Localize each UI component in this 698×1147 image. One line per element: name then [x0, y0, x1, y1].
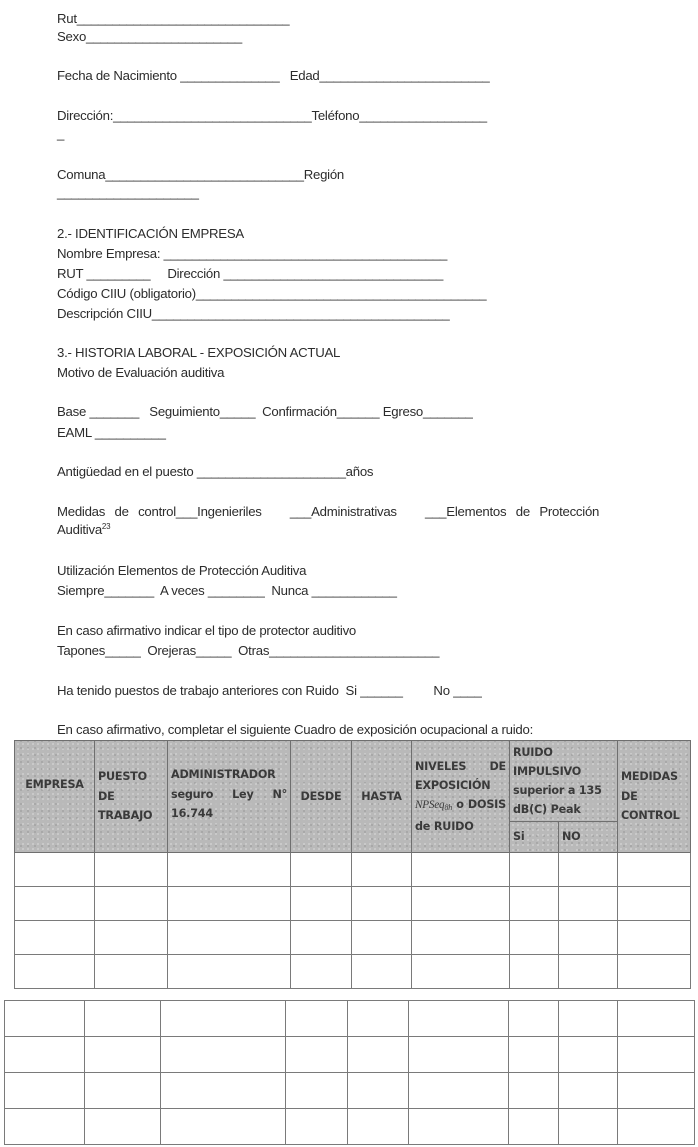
cell-no[interactable] [559, 921, 618, 955]
cell-puesto[interactable] [85, 1073, 161, 1109]
cell-no[interactable] [559, 887, 618, 921]
table-row [5, 1073, 695, 1109]
cell-administrador[interactable] [168, 921, 291, 955]
exposure-table-continuation [4, 1000, 695, 1145]
header-medidas-control: MEDIDAS DE CONTROL [618, 741, 691, 853]
cell-medidas[interactable] [618, 1001, 695, 1037]
header-si: Si [510, 822, 559, 853]
cell-puesto[interactable] [85, 1001, 161, 1037]
cell-puesto[interactable] [85, 1037, 161, 1073]
tipo-protector-field[interactable]: Tapones_____ Orejeras_____ Otras________… [57, 643, 439, 659]
cell-administrador[interactable] [161, 1001, 286, 1037]
cell-niveles[interactable] [409, 1001, 509, 1037]
header-ruido-impulsivo: RUIDO IMPULSIVO superior a 135 dB(C) Pea… [510, 741, 618, 822]
cell-medidas[interactable] [618, 853, 691, 887]
cell-desde[interactable] [286, 1001, 348, 1037]
nombre-empresa-field[interactable]: Nombre Empresa: ________________________… [57, 246, 447, 262]
cell-empresa[interactable] [15, 955, 95, 989]
cell-puesto[interactable] [95, 887, 168, 921]
section3-title: 3.- HISTORIA LABORAL - EXPOSICIÓN ACTUAL [57, 345, 340, 361]
cell-medidas[interactable] [618, 1109, 695, 1145]
cell-puesto[interactable] [95, 853, 168, 887]
cell-niveles[interactable] [412, 887, 510, 921]
cell-empresa[interactable] [5, 1073, 85, 1109]
cell-niveles[interactable] [412, 853, 510, 887]
antiguedad-field[interactable]: Antigüedad en el puesto ________________… [57, 464, 373, 480]
cell-no[interactable] [559, 955, 618, 989]
header-no: NO [559, 822, 618, 853]
cell-administrador[interactable] [161, 1073, 286, 1109]
cell-no[interactable] [559, 1073, 618, 1109]
cell-niveles[interactable] [409, 1073, 509, 1109]
table-row [5, 1037, 695, 1073]
cell-hasta[interactable] [352, 887, 412, 921]
medidas-control-field[interactable]: Medidas de control___Ingenieriles ___Adm… [57, 504, 599, 520]
cell-desde[interactable] [286, 1037, 348, 1073]
cell-si[interactable] [510, 853, 559, 887]
cell-administrador[interactable] [168, 955, 291, 989]
cell-hasta[interactable] [348, 1109, 409, 1145]
direccion-continuation: _ [57, 126, 64, 142]
motivo-label: Motivo de Evaluación auditiva [57, 365, 224, 381]
utilizacion-options-field[interactable]: Siempre_______ A veces ________ Nunca __… [57, 583, 397, 599]
cell-administrador[interactable] [161, 1037, 286, 1073]
region-continuation[interactable]: ____________________ [57, 185, 199, 201]
cell-desde[interactable] [286, 1109, 348, 1145]
header-empresa: EMPRESA [15, 741, 95, 853]
cell-medidas[interactable] [618, 1073, 695, 1109]
cell-si[interactable] [510, 887, 559, 921]
utilizacion-label: Utilización Elementos de Protección Audi… [57, 563, 306, 579]
cell-si[interactable] [509, 1073, 559, 1109]
tipo-protector-label: En caso afirmativo indicar el tipo de pr… [57, 623, 356, 639]
footnote-marker: 23 [102, 522, 110, 531]
descripcion-ciiu-field[interactable]: Descripción CIIU________________________… [57, 306, 449, 322]
header-puesto: PUESTO DE TRABAJO [95, 741, 168, 853]
cell-hasta[interactable] [352, 955, 412, 989]
fecha-edad-field[interactable]: Fecha de Nacimiento ______________ Edad_… [57, 68, 490, 84]
cell-niveles[interactable] [409, 1037, 509, 1073]
medidas-continuation: Auditiva23 [57, 522, 110, 538]
npseq-formula: NPSeq8h [415, 799, 452, 811]
cell-puesto[interactable] [95, 955, 168, 989]
cell-hasta[interactable] [348, 1073, 409, 1109]
direccion-telefono-field[interactable]: Dirección:____________________________Te… [57, 108, 487, 124]
cell-empresa[interactable] [5, 1001, 85, 1037]
table-row [5, 1001, 695, 1037]
section2-title: 2.- IDENTIFICACIÓN EMPRESA [57, 226, 244, 242]
cell-desde[interactable] [291, 921, 352, 955]
cell-no[interactable] [559, 1109, 618, 1145]
table-row [15, 887, 691, 921]
header-niveles-exposicion: NIVELES DE EXPOSICIÓN NPSeq8h o DOSIS de… [412, 741, 510, 853]
sexo-field[interactable]: Sexo______________________ [57, 29, 242, 45]
puestos-anteriores-field[interactable]: Ha tenido puestos de trabajo anteriores … [57, 683, 482, 699]
cell-medidas[interactable] [618, 1037, 695, 1073]
cell-no[interactable] [559, 853, 618, 887]
cell-puesto[interactable] [95, 921, 168, 955]
table-row [15, 921, 691, 955]
cell-desde[interactable] [291, 853, 352, 887]
cell-si[interactable] [509, 1037, 559, 1073]
cell-empresa[interactable] [5, 1109, 85, 1145]
cell-hasta[interactable] [352, 921, 412, 955]
codigo-ciiu-field[interactable]: Código CIIU (obligatorio)_______________… [57, 286, 486, 302]
table-row [15, 853, 691, 887]
cell-empresa[interactable] [15, 887, 95, 921]
cell-administrador[interactable] [168, 887, 291, 921]
rut-field[interactable]: Rut______________________________ [57, 11, 289, 27]
cell-medidas[interactable] [618, 955, 691, 989]
cell-hasta[interactable] [348, 1001, 409, 1037]
niveles-text: NIVELES DE EXPOSICIÓN [415, 760, 506, 792]
header-administrador: ADMINISTRADOR seguro Ley N° 16.744 [168, 741, 291, 853]
cell-puesto[interactable] [85, 1109, 161, 1145]
cell-si[interactable] [510, 955, 559, 989]
cell-administrador[interactable] [161, 1109, 286, 1145]
table-row [5, 1109, 695, 1145]
cell-niveles[interactable] [409, 1109, 509, 1145]
cell-no[interactable] [559, 1037, 618, 1073]
cell-medidas[interactable] [618, 921, 691, 955]
cell-hasta[interactable] [348, 1037, 409, 1073]
cell-desde[interactable] [291, 887, 352, 921]
cell-si[interactable] [509, 1109, 559, 1145]
auditiva-text: Auditiva [57, 522, 102, 537]
cuadro-label: En caso afirmativo, completar el siguien… [57, 722, 533, 738]
cell-empresa[interactable] [5, 1037, 85, 1073]
comuna-region-field[interactable]: Comuna____________________________Región [57, 167, 344, 183]
motivo-options-field[interactable]: Base _______ Seguimiento_____ Confirmaci… [57, 404, 473, 420]
cell-desde[interactable] [291, 955, 352, 989]
cell-administrador[interactable] [168, 853, 291, 887]
header-hasta: HASTA [352, 741, 412, 853]
cell-desde[interactable] [286, 1073, 348, 1109]
cell-niveles[interactable] [412, 955, 510, 989]
cell-hasta[interactable] [352, 853, 412, 887]
cell-no[interactable] [559, 1001, 618, 1037]
cell-si[interactable] [509, 1001, 559, 1037]
exposure-table: EMPRESA PUESTO DE TRABAJO ADMINISTRADOR … [14, 740, 691, 989]
header-desde: DESDE [291, 741, 352, 853]
table-row [15, 955, 691, 989]
cell-si[interactable] [510, 921, 559, 955]
cell-empresa[interactable] [15, 921, 95, 955]
eaml-field[interactable]: EAML __________ [57, 425, 166, 441]
cell-medidas[interactable] [618, 887, 691, 921]
cell-empresa[interactable] [15, 853, 95, 887]
rut-direccion-empresa-field[interactable]: RUT _________ Dirección ________________… [57, 266, 443, 282]
cell-niveles[interactable] [412, 921, 510, 955]
